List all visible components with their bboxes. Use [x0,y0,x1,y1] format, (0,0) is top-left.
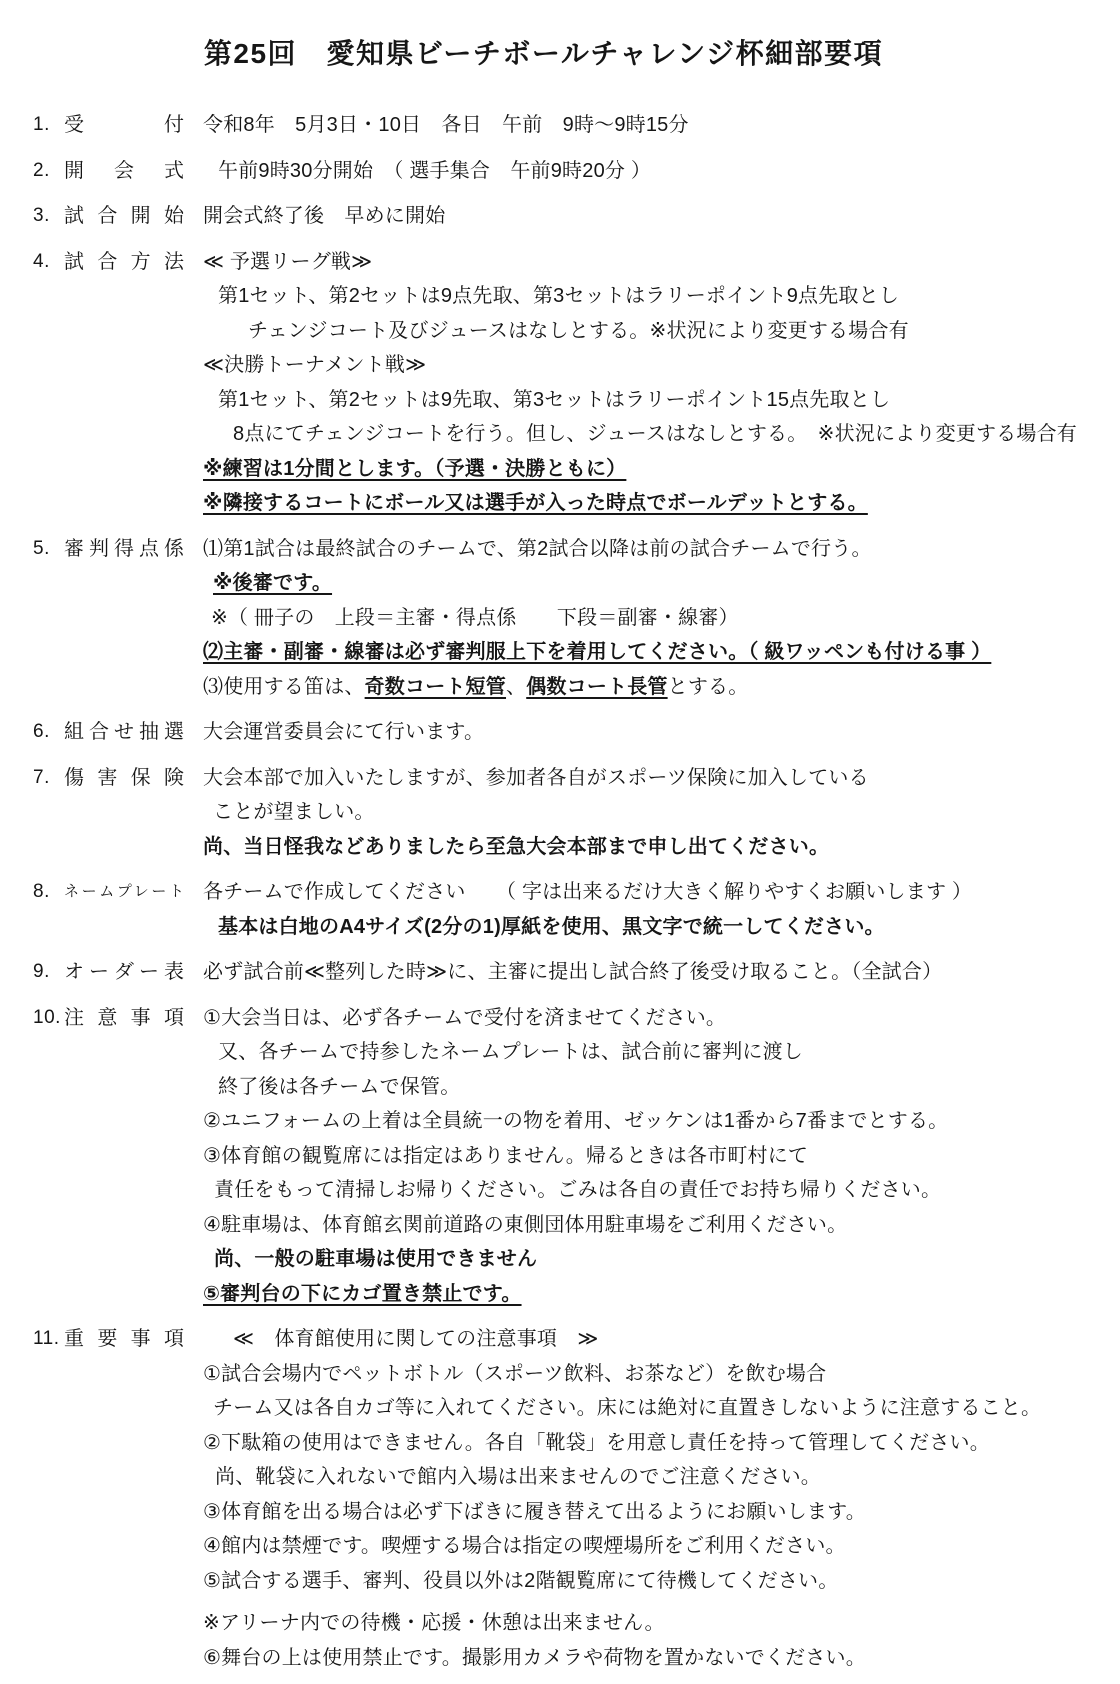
item-text-line: 各チームで作成してください （ 字は出来るだけ大きく解りやすくお願いします ） [203,875,1084,910]
text-run: ≪決勝トーナメント戦≫ [203,354,426,376]
text-run: ≪ 体育館使用に関しての注意事項 ≫ [233,1328,598,1350]
item-number: 4. [33,245,64,280]
item-text-line: ⑴第1試合は最終試合のチームで、第2試合以降は前の試合チームで行う。 [203,532,1084,567]
item-content: 各チームで作成してください （ 字は出来るだけ大きく解りやすくお願いします ）基… [203,875,1084,944]
item-number: 3. [33,199,64,234]
item-content: 開会式終了後 早めに開始 [203,199,1084,234]
list-item: 1.受付令和8年 5月3日・10日 各日 午前 9時～9時15分 [33,108,1084,143]
item-text-line: 責任をもって清掃しお帰りください。ごみは各自の責任でお持ち帰りください。 [214,1173,1084,1208]
list-item: 10.注意事項①大会当日は、必ず各チームで受付を済ませてください。又、各チームで… [33,1001,1084,1312]
text-run: 午前9時30分開始 （ 選手集合 午前9時20分 ） [218,160,651,182]
item-text-line: ①大会当日は、必ず各チームで受付を済ませてください。 [203,1001,1084,1036]
list-item: 7.傷害保険大会本部で加入いたしますが、参加者各自がスポーツ保険に加入しているこ… [33,761,1084,865]
item-text-line: ≪ 体育館使用に関しての注意事項 ≫ [233,1322,1084,1357]
text-run: ⑵主審・副審・線審は必ず審判服上下を着用してください。（ 級ワッペンも付ける事 … [203,641,991,663]
item-text-line: 開会式終了後 早めに開始 [203,199,1084,234]
list-item: 3.試合開始開会式終了後 早めに開始 [33,199,1084,234]
item-content: ⑴第1試合は最終試合のチームで、第2試合以降は前の試合チームで行う。※後審です。… [203,532,1084,705]
item-content: 大会運営委員会にて行います。 [203,715,1084,750]
list-item: 4.試合方法≪ 予選リーグ戦≫第1セット、第2セットは9点先取、第3セットはラリ… [33,245,1084,521]
item-text-line: ⑶使用する笛は、奇数コート短管、偶数コート長管とする。 [203,670,1084,705]
item-number: 9. [33,955,64,990]
text-run: 各チームで作成してください （ 字は出来るだけ大きく解りやすくお願いします ） [203,881,972,903]
text-run: ※後審です。 [213,572,332,594]
item-number: 6. [33,715,64,750]
document-body: 1.受付令和8年 5月3日・10日 各日 午前 9時～9時15分2.開会式午前9… [33,108,1084,1675]
item-text-line: 令和8年 5月3日・10日 各日 午前 9時～9時15分 [203,108,1084,143]
text-run: ④館内は禁煙です。喫煙する場合は指定の喫煙場所をご利用ください。 [203,1535,846,1557]
item-number: 8. [33,875,64,910]
item-text-line: 大会本部で加入いたしますが、参加者各自がスポーツ保険に加入している [203,761,1084,796]
text-run: 尚、一般の駐車場は使用できません [214,1248,537,1270]
item-number: 5. [33,532,64,567]
item-number: 1. [33,108,64,143]
text-run: ②ユニフォームの上着は全員統一の物を着用、ゼッケンは1番から7番までとする。 [203,1110,948,1132]
item-text-line: 午前9時30分開始 （ 選手集合 午前9時20分 ） [218,154,1084,189]
text-run: ①大会当日は、必ず各チームで受付を済ませてください。 [203,1007,726,1029]
item-text-line: 必ず試合前≪整列した時≫に、主審に提出し試合終了後受け取ること。（全試合） [203,955,1084,990]
document-title: 第25回 愛知県ビーチボールチャレンジ杯細部要項 [33,36,1054,72]
text-run: ※練習は1分間とします。（予選・決勝ともに） [203,458,626,480]
text-run: 又、各チームで持参したネームプレートは、試合前に審判に渡し [218,1041,803,1063]
text-run: ①試合会場内でペットボトル（スポーツ飲料、お茶など）を飲む場合 [203,1363,826,1385]
item-label: 試合開始 [64,199,184,234]
item-text-line: ※練習は1分間とします。（予選・決勝ともに） [203,452,1084,487]
text-run: 大会運営委員会にて行います。 [203,721,484,743]
text-run: ※（ 冊子の 上段＝主審・得点係 下段＝副審・線審） [211,607,739,629]
item-text-line: ⑥舞台の上は使用禁止です。撮影用カメラや荷物を置かないでください。 [203,1641,1084,1676]
text-run: ≪ 予選リーグ戦≫ [203,251,372,273]
item-label: ネームプレート [64,875,184,910]
item-text-line: ④駐車場は、体育館玄関前道路の東側団体用駐車場をご利用ください。 [203,1208,1084,1243]
text-run: 第1セット、第2セットは9点先取、第3セットはラリーポイント9点先取とし [218,285,899,307]
text-run: 基本は白地のA4サイズ(2分の1)厚紙を使用、黒文字で統一してください。 [218,916,885,938]
item-text-line: ③体育館の観覧席には指定はありません。帰るときは各市町村にて [203,1139,1084,1174]
item-label: 開会式 [64,154,184,189]
text-run: 開会式終了後 早めに開始 [203,205,445,227]
text-run: ④駐車場は、体育館玄関前道路の東側団体用駐車場をご利用ください。 [203,1214,847,1236]
text-run: チェンジコート及びジュースはなしとする。※状況により変更する場合有 [248,320,909,342]
item-label: 重要事項 [64,1322,184,1357]
text-run: ②下駄箱の使用はできません。各自「靴袋」を用意し責任を持って管理してください。 [203,1432,990,1454]
text-run: ⑥舞台の上は使用禁止です。撮影用カメラや荷物を置かないでください。 [203,1647,866,1669]
item-content: ≪ 予選リーグ戦≫第1セット、第2セットは9点先取、第3セットはラリーポイント9… [203,245,1084,521]
item-text-line: ①試合会場内でペットボトル（スポーツ飲料、お茶など）を飲む場合 [203,1357,1084,1392]
text-run: 偶数コート長管 [526,676,667,698]
item-text-line: ⑤試合する選手、審判、役員以外は2階観覧席にて待機してください。 [203,1564,1084,1599]
document-page: 第25回 愛知県ビーチボールチャレンジ杯細部要項 1.受付令和8年 5月3日・1… [0,0,1120,1684]
item-label: 受付 [64,108,184,143]
text-run: とする。 [668,676,749,698]
list-item: 6.組合せ抽選大会運営委員会にて行います。 [33,715,1084,750]
item-label: 注意事項 [64,1001,184,1036]
item-text-line: 又、各チームで持参したネームプレートは、試合前に審判に渡し [218,1035,1084,1070]
item-text-line: 終了後は各チームで保管。 [218,1070,1084,1105]
list-item: 11.重要事項≪ 体育館使用に関しての注意事項 ≫①試合会場内でペットボトル（ス… [33,1322,1084,1675]
text-run: 終了後は各チームで保管。 [218,1076,460,1098]
item-content: ≪ 体育館使用に関しての注意事項 ≫①試合会場内でペットボトル（スポーツ飲料、お… [203,1322,1084,1675]
text-run: ⑶使用する笛は、 [203,676,365,698]
item-text-line: チーム又は各自カゴ等に入れてください。床には絶対に直置きしないように注意すること… [213,1391,1084,1426]
item-content: 令和8年 5月3日・10日 各日 午前 9時～9時15分 [203,108,1084,143]
item-label: 試合方法 [64,245,184,280]
item-content: 必ず試合前≪整列した時≫に、主審に提出し試合終了後受け取ること。（全試合） [203,955,1084,990]
item-text-line: ことが望ましい。 [213,795,1084,830]
item-content: 午前9時30分開始 （ 選手集合 午前9時20分 ） [203,154,1084,189]
text-run: ことが望ましい。 [213,801,375,823]
item-text-line: 尚、靴袋に入れないで館内入場は出来ませんのでご注意ください。 [215,1460,1084,1495]
text-run: 、 [506,676,526,698]
item-text-line: ⑤審判台の下にカゴ置き禁止です。 [203,1277,1084,1312]
text-run: ※隣接するコートにボール又は選手が入った時点でボールデットとする。 [203,492,868,514]
item-label: 組合せ抽選 [64,715,184,750]
text-run: 第1セット、第2セットは9先取、第3セットはラリーポイント15点先取とし [218,389,890,411]
list-item: 9.オーダー表必ず試合前≪整列した時≫に、主審に提出し試合終了後受け取ること。（… [33,955,1084,990]
item-text-line: ②下駄箱の使用はできません。各自「靴袋」を用意し責任を持って管理してください。 [203,1426,1084,1461]
text-run: 令和8年 5月3日・10日 各日 午前 9時～9時15分 [203,114,689,136]
item-label: 審判得点係 [64,532,184,567]
text-run: ⑤試合する選手、審判、役員以外は2階観覧席にて待機してください。 [203,1570,838,1592]
item-text-line: 第1セット、第2セットは9先取、第3セットはラリーポイント15点先取とし [218,383,1084,418]
text-run: ⑴第1試合は最終試合のチームで、第2試合以降は前の試合チームで行う。 [203,538,872,560]
item-text-line: ②ユニフォームの上着は全員統一の物を着用、ゼッケンは1番から7番までとする。 [203,1104,1084,1139]
item-text-line: 尚、当日怪我などありましたら至急大会本部まで申し出てください。 [203,830,1084,865]
text-run: ⑤審判台の下にカゴ置き禁止です。 [203,1283,522,1305]
item-text-line: チェンジコート及びジュースはなしとする。※状況により変更する場合有 [248,314,1084,349]
item-text-line: 基本は白地のA4サイズ(2分の1)厚紙を使用、黒文字で統一してください。 [218,910,1084,945]
item-text-line: ④館内は禁煙です。喫煙する場合は指定の喫煙場所をご利用ください。 [203,1529,1084,1564]
text-run: ③体育館を出る場合は必ず下ばきに履き替えて出るようにお願いします。 [203,1501,866,1523]
text-run: 尚、当日怪我などありましたら至急大会本部まで申し出てください。 [203,836,829,858]
list-item: 2.開会式午前9時30分開始 （ 選手集合 午前9時20分 ） [33,154,1084,189]
item-number: 2. [33,154,64,189]
item-number: 10. [33,1001,64,1036]
item-number: 11. [33,1322,64,1357]
item-text-line: ※後審です。 [213,566,1084,601]
item-text-line: ⑵主審・副審・線審は必ず審判服上下を着用してください。（ 級ワッペンも付ける事 … [203,635,1084,670]
item-text-line: ※隣接するコートにボール又は選手が入った時点でボールデットとする。 [203,486,1084,521]
item-label: オーダー表 [64,955,184,990]
text-run: 責任をもって清掃しお帰りください。ごみは各自の責任でお持ち帰りください。 [214,1179,941,1201]
item-text-line: 尚、一般の駐車場は使用できません [214,1242,1084,1277]
item-text-line: ≪決勝トーナメント戦≫ [203,348,1084,383]
text-run: チーム又は各自カゴ等に入れてください。床には絶対に直置きしないように注意すること… [213,1397,1041,1419]
item-text-line: 第1セット、第2セットは9点先取、第3セットはラリーポイント9点先取とし [218,279,1084,314]
text-run: 奇数コート短管 [365,676,506,698]
item-text-line: ※アリーナ内での待機・応援・休憩は出来ません。 [203,1606,1084,1641]
item-number: 7. [33,761,64,796]
list-item: 8.ネームプレート各チームで作成してください （ 字は出来るだけ大きく解りやすく… [33,875,1084,944]
list-item: 5.審判得点係⑴第1試合は最終試合のチームで、第2試合以降は前の試合チームで行う… [33,532,1084,705]
item-content: 大会本部で加入いたしますが、参加者各自がスポーツ保険に加入していることが望ましい… [203,761,1084,865]
item-content: ①大会当日は、必ず各チームで受付を済ませてください。又、各チームで持参したネーム… [203,1001,1084,1312]
item-text-line: ③体育館を出る場合は必ず下ばきに履き替えて出るようにお願いします。 [203,1495,1084,1530]
text-run: ※アリーナ内での待機・応援・休憩は出来ません。 [203,1612,665,1634]
item-text-line: ≪ 予選リーグ戦≫ [203,245,1084,280]
text-run: 大会本部で加入いたしますが、参加者各自がスポーツ保険に加入している [203,767,869,789]
text-run: 8点にてチェンジコートを行う。但し、ジュースはなしとする。 ※状況により変更する… [233,423,1077,445]
text-run: 必ず試合前≪整列した時≫に、主審に提出し試合終了後受け取ること。（全試合） [203,961,942,983]
item-text-line: 大会運営委員会にて行います。 [203,715,1084,750]
item-text-line: ※（ 冊子の 上段＝主審・得点係 下段＝副審・線審） [211,601,1084,636]
item-label: 傷害保険 [64,761,184,796]
text-run: 尚、靴袋に入れないで館内入場は出来ませんのでご注意ください。 [215,1466,821,1488]
text-run: ③体育館の観覧席には指定はありません。帰るときは各市町村にて [203,1145,808,1167]
item-text-line: 8点にてチェンジコートを行う。但し、ジュースはなしとする。 ※状況により変更する… [233,417,1084,452]
